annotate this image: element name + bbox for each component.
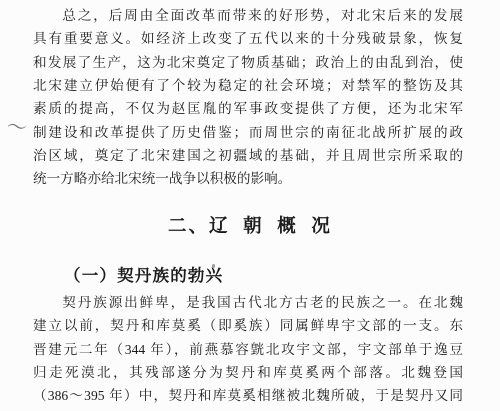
text-line: 制建设和改革提供了历史借鉴；而周世宗的南征北战所扩展的政	[33, 121, 463, 144]
text-line: 具有重要意义。如经济上改变了五代以来的十分残破景象，恢复	[33, 27, 463, 50]
text-line: 契丹族源出鲜卑，是我国古代北方古老的民族之一。在北魏	[33, 291, 463, 314]
scanned-book-page: 〜 总之，后周由全面改革而带来的好形势，对北宋后来的发展 具有重要意义。如经济上…	[0, 0, 500, 411]
text-line: 晋建元二年（344 年），前燕慕容皝北攻宇文部，宇文部单于逸豆	[33, 338, 463, 361]
section-heading-liao-dynasty-overview: 二、辽 朝 概 况	[0, 215, 500, 239]
subsection-heading-khitan-rise: （一）契丹族的勃兴	[64, 266, 223, 286]
text-line: 治区域，奠定了北宋建国之初疆域的基础，并且周世宗所采取的	[33, 144, 463, 167]
text-line: （386～395 年）中，契丹和库莫奚相继被北魏所破，于是契丹又同	[33, 384, 463, 407]
scan-speck	[212, 264, 215, 268]
text-line: 素质的提高，不仅为赵匡胤的军事政变提供了方便，还为北宋军	[33, 97, 463, 120]
text-line: 总之，后周由全面改革而带来的好形势，对北宋后来的发展	[33, 4, 463, 27]
text-line: 和发展了生产，这为北宋奠定了物质基础；政治上的由乱到治，使	[33, 51, 463, 74]
paragraph-khitan-origins: 契丹族源出鲜卑，是我国古代北方古老的民族之一。在北魏 建立以前，契丹和库莫奚（即…	[33, 291, 463, 408]
paragraph-zhou-reform-summary: 总之，后周由全面改革而带来的好形势，对北宋后来的发展 具有重要意义。如经济上改变…	[33, 4, 463, 191]
text-line: 统一方略亦给北宋统一战争以积极的影响。	[33, 167, 463, 190]
text-line: 归走死漠北，其残部遂分为契丹和库莫奚两个部落。北魏登国	[33, 361, 463, 384]
pencil-margin-mark: 〜	[6, 110, 29, 141]
text-line: 北宋建立伊始便有了个较为稳定的社会环境；对禁军的整饬及其	[33, 74, 463, 97]
text-line: 建立以前，契丹和库莫奚（即奚族）同属鲜卑宇文部的一支。东	[33, 314, 463, 337]
